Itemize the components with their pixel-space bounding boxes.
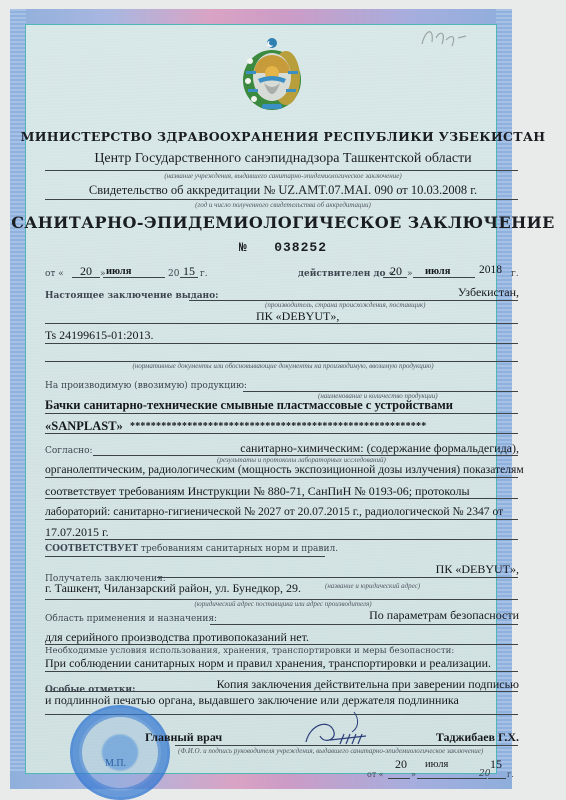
document-title: САНИТАРНО-ЭПИДЕМИОЛОГИЧЕСКОЕ ЗАКЛЮЧЕНИЕ xyxy=(0,213,566,232)
issued-to-caption: (производитель, страна происхождения, по… xyxy=(265,301,426,309)
underline xyxy=(45,519,518,520)
footer-year-suffix: 15 xyxy=(490,757,502,772)
valid-until-month: июля xyxy=(425,266,450,277)
product-label: На производимую (ввозимую) продукцию: xyxy=(45,381,247,391)
compliance-keyword: СООТВЕТСТВУЕТ xyxy=(45,544,138,554)
valid-until-label: действителен до « xyxy=(298,269,394,279)
according-line2: органолептическим, радиологическим (мощн… xyxy=(45,463,524,476)
recipient-address-caption: (название и юридический адрес) xyxy=(325,582,420,590)
compliance-statement: СООТВЕТСТВУЕТ требованиям санитарных нор… xyxy=(45,544,338,554)
according-label: Согласно: xyxy=(45,446,93,456)
certificate-border-left xyxy=(10,9,26,789)
signatory-role: Главный врач xyxy=(145,730,222,745)
issuing-center-name: Центр Государственного санэпиднадзора Та… xyxy=(0,151,566,167)
accreditation-line: Свидетельство об аккредитации № UZ.AMT.0… xyxy=(0,183,566,198)
handwritten-signature xyxy=(300,710,380,750)
issue-date-month: июля xyxy=(106,266,131,277)
number-value: 038252 xyxy=(274,240,327,255)
underline xyxy=(180,277,198,278)
footer-year-unit: г. xyxy=(507,770,514,779)
notes-line1: Копия заключения действительна при завер… xyxy=(217,677,519,692)
issue-year-unit: г. xyxy=(200,269,208,279)
underline xyxy=(383,277,407,278)
product-name-line2: «SANPLAST» xyxy=(45,419,123,434)
according-line1: санитарно-химическим: (содержание формал… xyxy=(240,441,519,456)
according-line3: соответствует требованиям Инструкции № 8… xyxy=(45,484,470,499)
underline xyxy=(413,277,475,278)
scope-line1: По параметрам безопасности xyxy=(369,608,519,623)
recipient-name: ПК «DEBYUT», xyxy=(436,562,519,577)
underline xyxy=(157,577,518,578)
issued-to-country: Узбекистан, xyxy=(458,285,519,300)
underline xyxy=(45,477,518,478)
according-line5: 17.07.2015 г. xyxy=(45,525,109,540)
underline xyxy=(488,778,506,779)
underline xyxy=(210,624,518,625)
underline xyxy=(45,498,518,499)
underline xyxy=(45,539,518,540)
ministry-name: МИНИСТЕРСТВО ЗДРАВООХРАНЕНИЯ РЕСПУБЛИКИ … xyxy=(0,129,566,144)
certificate-border-right xyxy=(496,9,512,789)
quote-close: » xyxy=(407,269,413,279)
recipient-address: г. Ташкент, Чиланзарский район, ул. Буне… xyxy=(45,581,301,596)
underline xyxy=(103,277,165,278)
underline xyxy=(45,644,518,645)
underline xyxy=(45,323,518,324)
valid-until-year: 2018 xyxy=(479,264,502,276)
valid-until-year-unit: г. xyxy=(511,269,519,279)
pencil-handwriting-mark xyxy=(418,22,468,52)
underline xyxy=(388,778,410,779)
supplier-caption: (юридический адрес поставщика или адрес … xyxy=(0,600,566,608)
center-caption: (название учреждения, выдавшего санитарн… xyxy=(0,172,566,180)
scope-label: Область применения и назначения: xyxy=(45,614,217,624)
underline xyxy=(72,277,100,278)
footer-date-prefix: от « xyxy=(367,770,384,779)
underline xyxy=(45,343,518,344)
underline xyxy=(45,433,518,434)
underline xyxy=(45,671,518,672)
underline xyxy=(175,745,518,746)
number-sign: № xyxy=(239,240,248,255)
according-line4: лабораторий: санитарно-гигиенической № 2… xyxy=(45,505,503,518)
divider-line xyxy=(45,170,518,171)
footer-date-month: июля xyxy=(425,759,448,770)
footer-date-day: 20 xyxy=(390,757,412,772)
official-seal-stamp xyxy=(70,705,170,800)
document-number: № 038252 xyxy=(0,240,566,255)
scope-line2: для серийного производства противопоказа… xyxy=(45,630,309,645)
quote-close: » xyxy=(411,770,416,779)
signatory-name: Таджибаев Г.Х. xyxy=(436,730,519,745)
underline xyxy=(417,778,487,779)
product-name-line1: Бачки санитарно-технические смывные плас… xyxy=(45,398,453,413)
signature-caption: (Ф.И.О. и подпись руководителя учреждени… xyxy=(178,747,483,755)
product-filler: ****************************************… xyxy=(130,421,426,432)
issue-date-prefix: от « xyxy=(45,269,64,279)
issued-to-standard: Ts 24199615-01:2013. xyxy=(45,328,154,343)
issue-year-prefix: 20 xyxy=(168,269,179,279)
conditions-text: При соблюдении санитарных норм и правил … xyxy=(45,656,491,671)
underline xyxy=(45,413,518,414)
conditions-label: Необходимые условия использования, хране… xyxy=(45,646,454,656)
stamp-label: М.П. xyxy=(105,758,126,769)
state-emblem-icon xyxy=(240,33,304,115)
underline xyxy=(45,691,518,692)
docs-caption: (нормативные документы или обосновывающи… xyxy=(0,362,566,370)
accreditation-caption: (год и число полученного свидетельства о… xyxy=(0,201,566,209)
divider-line xyxy=(45,199,518,200)
underline xyxy=(45,556,325,557)
issued-to-company: ПК «DEBYUT», xyxy=(256,309,339,324)
